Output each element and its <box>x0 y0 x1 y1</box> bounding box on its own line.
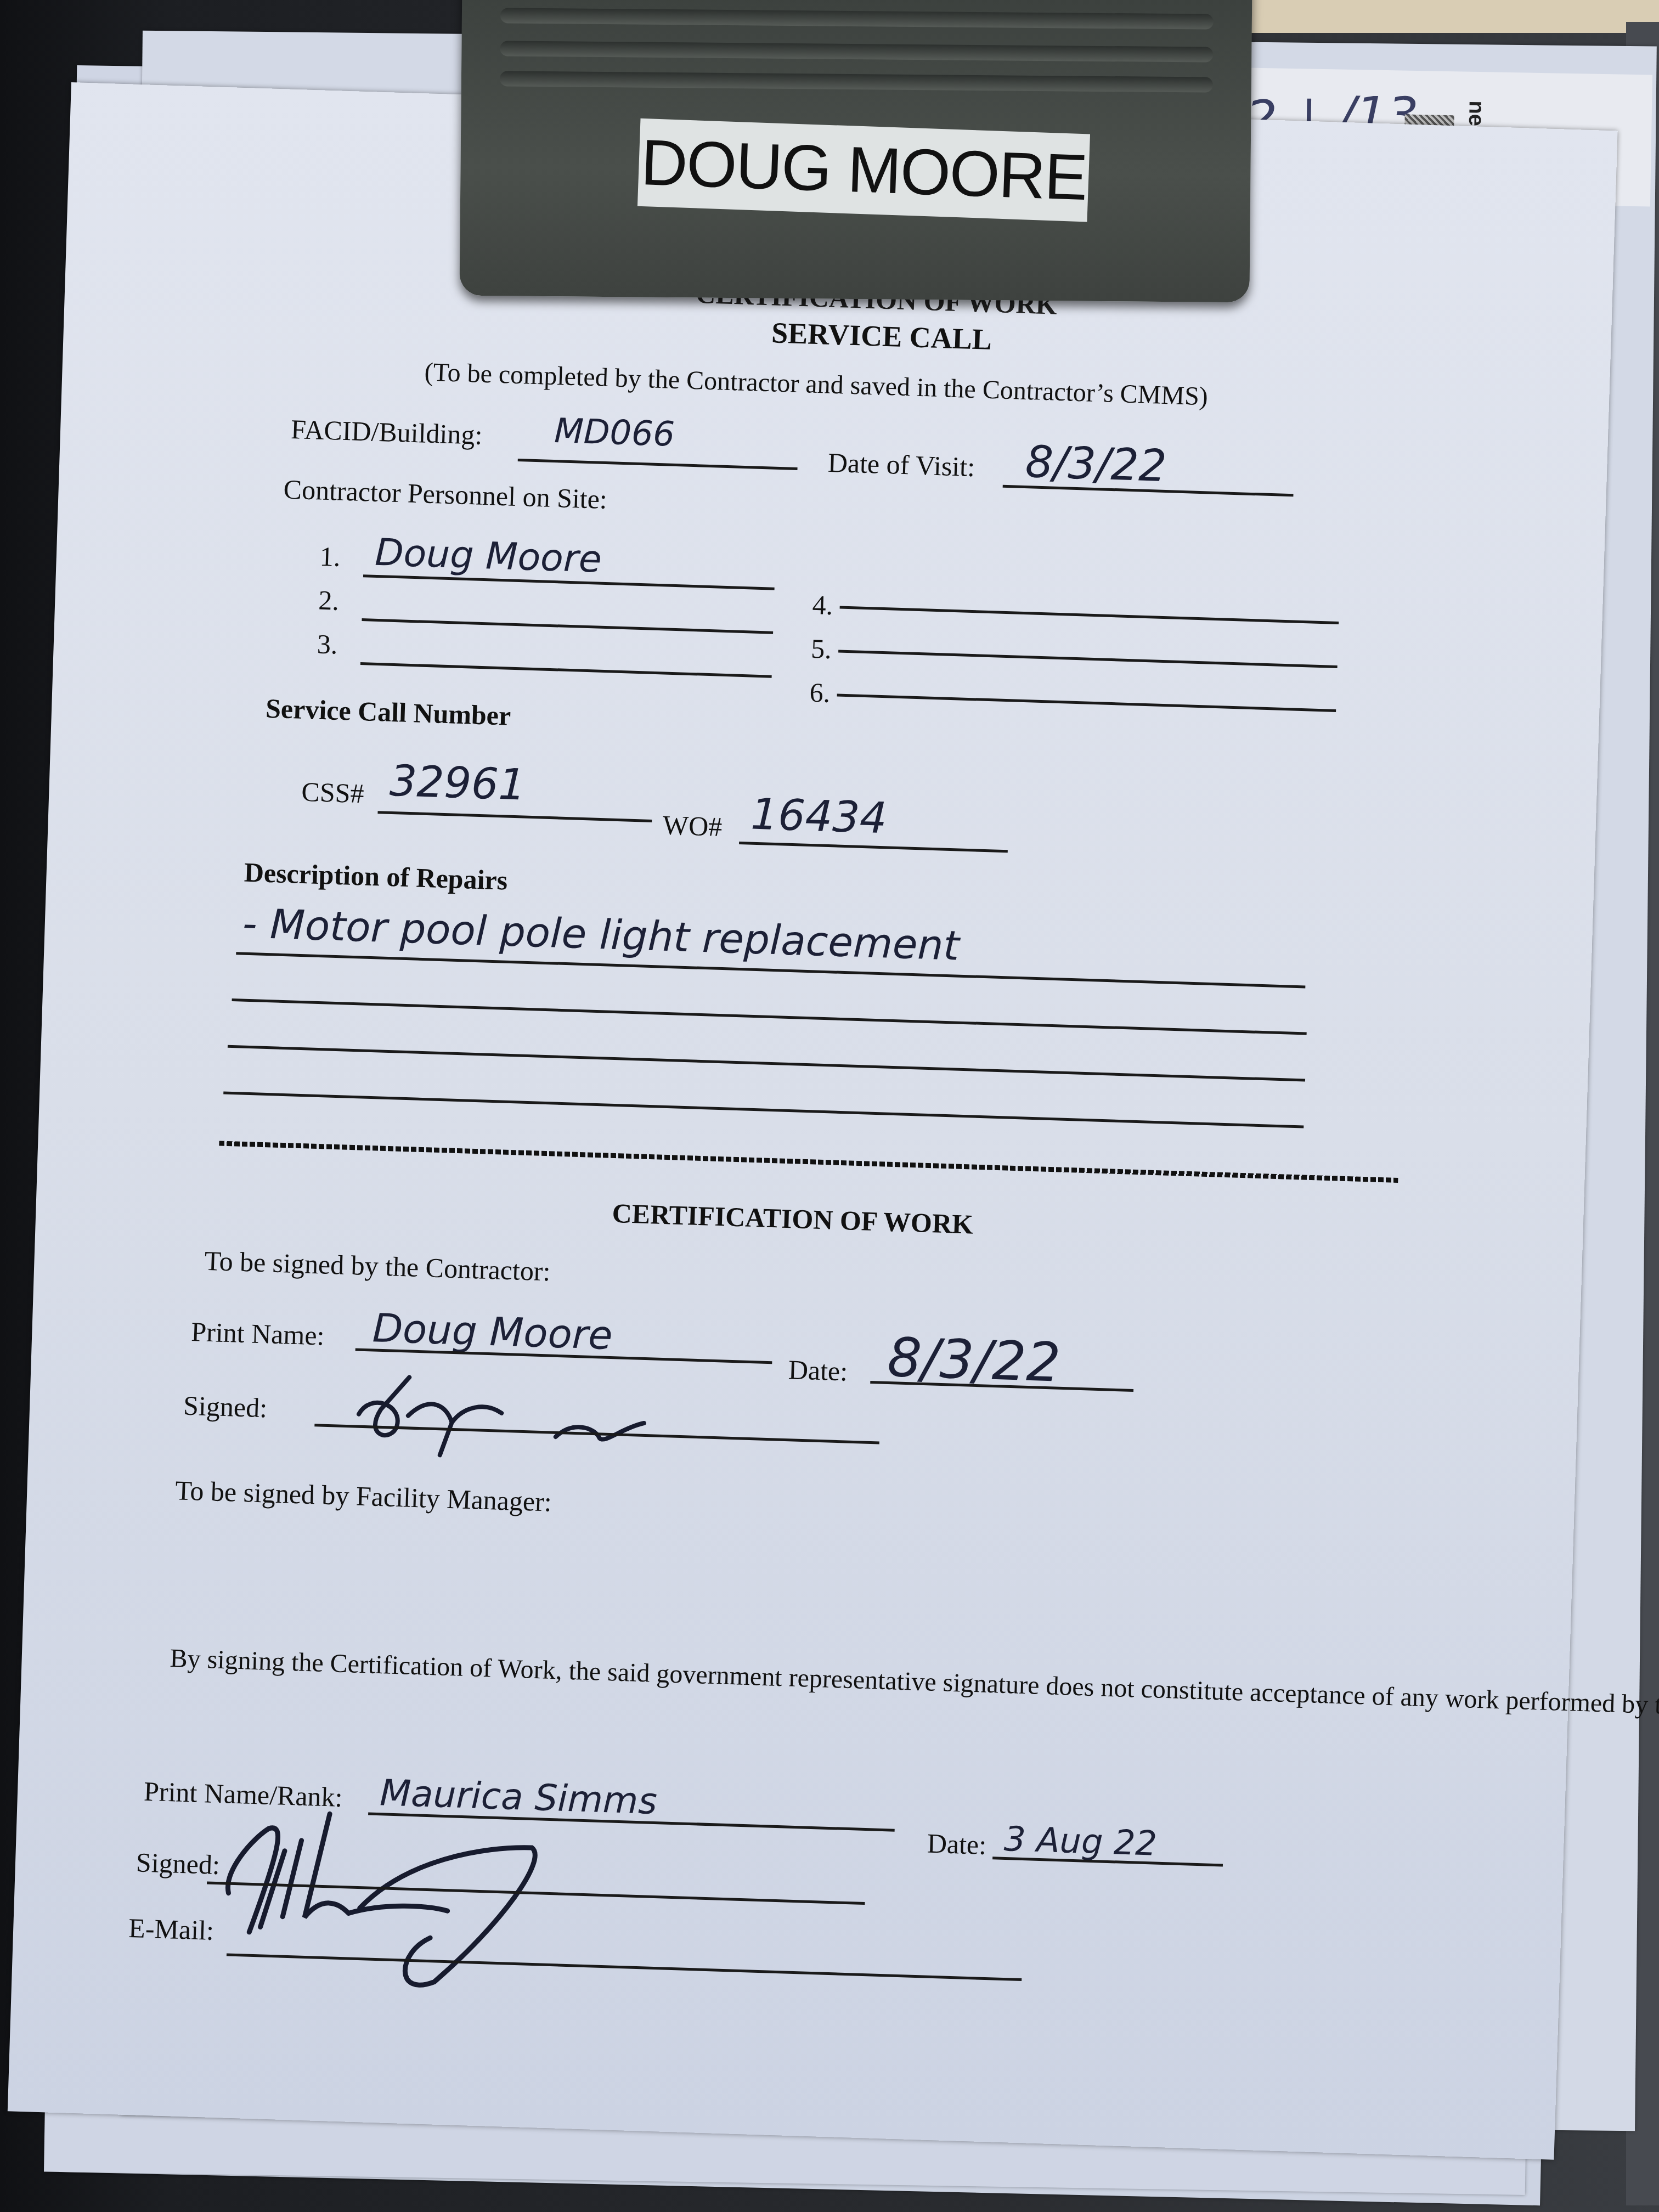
repairs-line[interactable] <box>223 1092 1304 1128</box>
css-value[interactable]: 32961 <box>389 757 527 810</box>
facid-label: FACID/Building: <box>290 413 483 451</box>
contractor-section-label: To be signed by the Contractor: <box>204 1245 551 1288</box>
form-subtitle: SERVICE CALL <box>771 315 992 357</box>
clip-groove <box>500 41 1213 62</box>
personnel-number: 1. <box>319 540 341 573</box>
repairs-line[interactable] <box>228 1045 1305 1082</box>
facid-value[interactable]: MD066 <box>554 410 675 454</box>
wo-label: WO# <box>662 809 723 843</box>
personnel-number: 6. <box>809 676 831 709</box>
contractor-signature-icon[interactable] <box>336 1369 777 1471</box>
personnel-label: Contractor Personnel on Site: <box>283 473 608 516</box>
date-of-visit-label: Date of Visit: <box>827 447 975 483</box>
fm-date-label: Date: <box>927 1827 987 1861</box>
email-label: E-Mail: <box>128 1912 214 1946</box>
date-label: Date: <box>788 1353 848 1387</box>
certification-form: CERTIFICATION OF WORK SERVICE CALL (To b… <box>8 82 1618 2160</box>
wo-value[interactable]: 16434 <box>750 790 888 844</box>
fm-signed-label: Signed: <box>136 1846 221 1881</box>
wo-line <box>739 842 1008 853</box>
personnel-name[interactable]: Doug Moore <box>374 531 602 582</box>
form-instruction: (To be completed by the Contractor and s… <box>424 357 1209 411</box>
personnel-number: 4. <box>812 589 833 621</box>
fm-date-value[interactable]: 3 Aug 22 <box>1003 1819 1158 1864</box>
disclaimer-text: By signing the Certification of Work, th… <box>170 1641 1295 1711</box>
personnel-number: 2. <box>318 584 340 617</box>
repairs-line-text[interactable]: - Motor pool pole light replacement <box>242 900 960 970</box>
facid-line <box>518 459 798 470</box>
personnel-number: 5. <box>810 633 832 665</box>
clip-groove <box>500 71 1213 92</box>
personnel-number: 3. <box>317 628 338 661</box>
wall-background <box>1231 0 1659 33</box>
css-line <box>377 811 652 822</box>
personnel-line[interactable] <box>837 693 1336 712</box>
personnel-line[interactable] <box>362 618 773 634</box>
repairs-line[interactable] <box>232 998 1307 1035</box>
facility-section-label: To be signed by Facility Manager: <box>175 1474 552 1518</box>
personnel-line[interactable] <box>840 606 1339 624</box>
date-of-visit-value[interactable]: 8/3/22 <box>1025 436 1167 492</box>
css-label: CSS# <box>301 776 365 810</box>
certification-heading: CERTIFICATION OF WORK <box>612 1197 974 1240</box>
personnel-line[interactable] <box>838 650 1338 668</box>
clipboard-clip[interactable]: DOUG MOORE <box>459 0 1252 302</box>
signed-label: Signed: <box>183 1390 268 1424</box>
facility-manager-signature-icon[interactable] <box>215 1805 714 2007</box>
repairs-heading: Description of Repairs <box>244 856 508 896</box>
personnel-line[interactable] <box>360 662 772 678</box>
service-call-heading: Service Call Number <box>265 692 511 732</box>
section-divider <box>219 1141 1398 1183</box>
print-name-label: Print Name: <box>191 1316 325 1352</box>
name-label: DOUG MOORE <box>637 119 1090 222</box>
clip-groove <box>500 8 1214 29</box>
